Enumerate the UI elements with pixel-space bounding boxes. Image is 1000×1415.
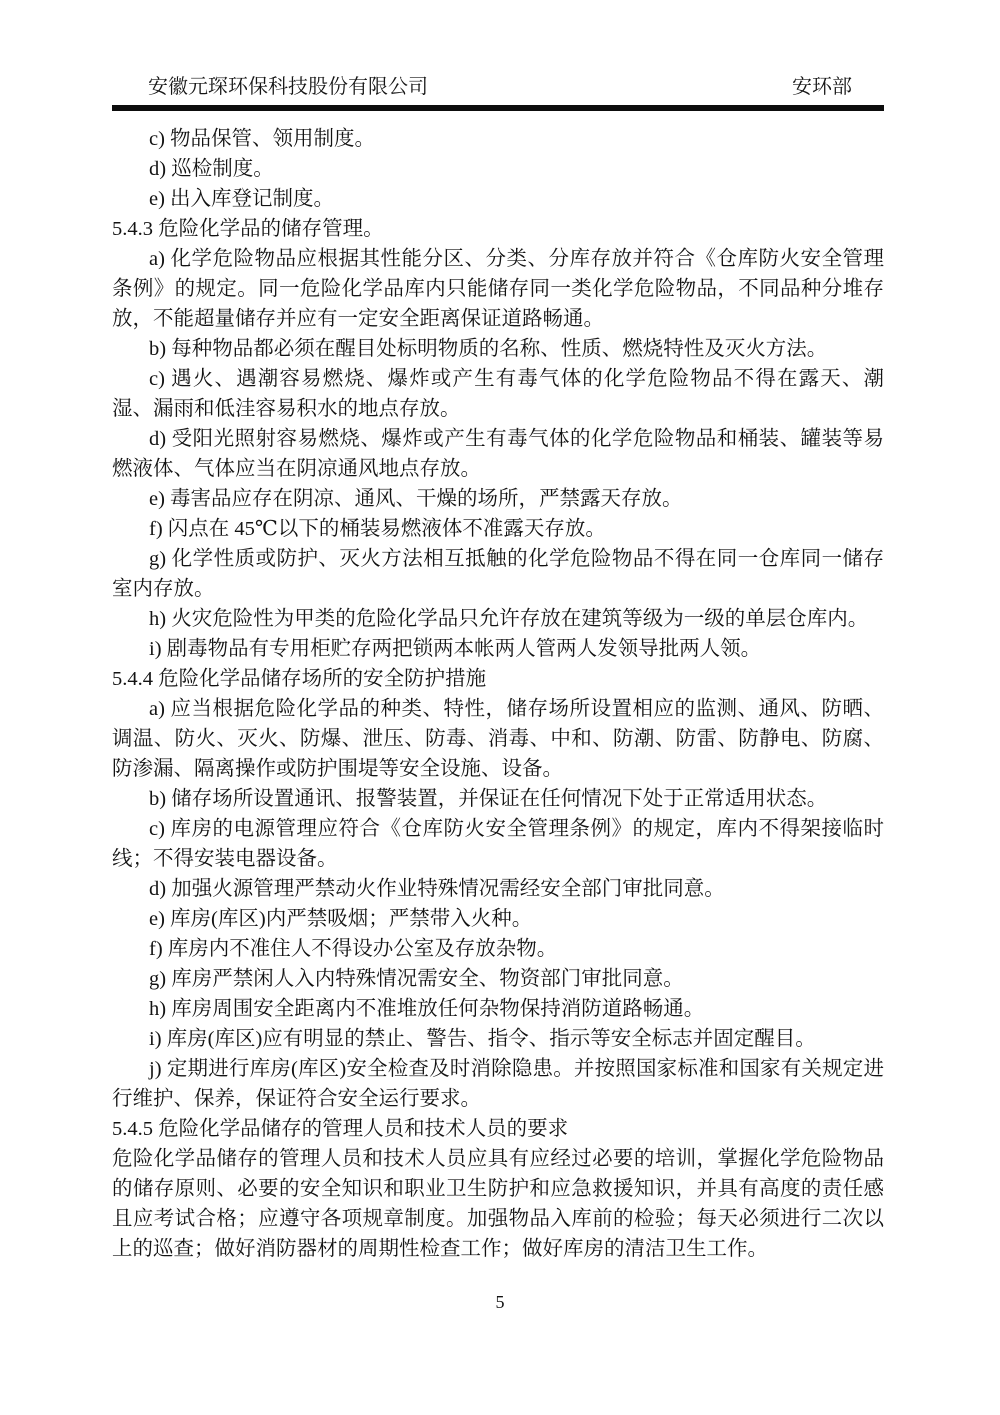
company-name: 安徽元琛环保科技股份有限公司 [148, 74, 428, 100]
list-item-b2: b) 每种物品都必须在醒目处标明物质的名称、性质、燃烧特性及灭火方法。 [112, 334, 884, 364]
section-heading-545: 5.4.5 危险化学品储存的管理人员和技术人员的要求 [112, 1114, 884, 1144]
list-item-g3: g) 库房严禁闲人入内特殊情况需安全、物资部门审批同意。 [112, 964, 884, 994]
list-item-c2: c) 遇火、遇潮容易燃烧、爆炸或产生有毒气体的化学危险物品不得在露天、潮湿、漏雨… [112, 364, 884, 424]
list-item-c1: c) 物品保管、领用制度。 [112, 124, 884, 154]
list-item-e1: e) 出入库登记制度。 [112, 184, 884, 214]
list-item-i2: i) 剧毒物品有专用柜贮存两把锁两本帐两人管两人发领导批两人领。 [112, 634, 884, 664]
section-heading-543: 5.4.3 危险化学品的储存管理。 [112, 214, 884, 244]
header-row: 安徽元琛环保科技股份有限公司 安环部 [112, 74, 884, 100]
list-item-f3: f) 库房内不准住人不得设办公室及存放杂物。 [112, 934, 884, 964]
header-rule-divider [112, 105, 884, 111]
list-item-f2: f) 闪点在 45℃以下的桶装易燃液体不准露天存放。 [112, 514, 884, 544]
list-item-d1: d) 巡检制度。 [112, 154, 884, 184]
list-item-e2: e) 毒害品应存在阴凉、通风、干燥的场所，严禁露天存放。 [112, 484, 884, 514]
list-item-h3: h) 库房周围安全距离内不准堆放任何杂物保持消防道路畅通。 [112, 994, 884, 1024]
page-header: 安徽元琛环保科技股份有限公司 安环部 [112, 74, 884, 111]
document-body: c) 物品保管、领用制度。 d) 巡检制度。 e) 出入库登记制度。 5.4.3… [112, 124, 884, 1264]
document-page: 安徽元琛环保科技股份有限公司 安环部 c) 物品保管、领用制度。 d) 巡检制度… [0, 0, 1000, 1415]
list-item-b3: b) 储存场所设置通讯、报警装置，并保证在任何情况下处于正常适用状态。 [112, 784, 884, 814]
page-footer: 5 [0, 1290, 1000, 1314]
list-item-i3: i) 库房(库区)应有明显的禁止、警告、指令、指示等安全标志并固定醒目。 [112, 1024, 884, 1054]
page-number: 5 [496, 1292, 505, 1312]
section-heading-544: 5.4.4 危险化学品储存场所的安全防护措施 [112, 664, 884, 694]
list-item-a2: a) 化学危险物品应根据其性能分区、分类、分库存放并符合《仓库防火安全管理条例》… [112, 244, 884, 334]
list-item-d2: d) 受阳光照射容易燃烧、爆炸或产生有毒气体的化学危险物品和桶装、罐装等易燃液体… [112, 424, 884, 484]
list-item-c3: c) 库房的电源管理应符合《仓库防火安全管理条例》的规定，库内不得架接临时线；不… [112, 814, 884, 874]
list-item-h2: h) 火灾危险性为甲类的危险化学品只允许存放在建筑等级为一级的单层仓库内。 [112, 604, 884, 634]
list-item-g2: g) 化学性质或防护、灭火方法相互抵触的化学危险物品不得在同一仓库同一储存室内存… [112, 544, 884, 604]
list-item-e3: e) 库房(库区)内严禁吸烟；严禁带入火种。 [112, 904, 884, 934]
list-item-d3: d) 加强火源管理严禁动火作业特殊情况需经安全部门审批同意。 [112, 874, 884, 904]
list-item-a3: a) 应当根据危险化学品的种类、特性，储存场所设置相应的监测、通风、防晒、调温、… [112, 694, 884, 784]
department-name: 安环部 [792, 74, 852, 100]
list-item-j3: j) 定期进行库房(库区)安全检查及时消除隐患。并按照国家标准和国家有关规定进行… [112, 1054, 884, 1114]
body-paragraph-545: 危险化学品储存的管理人员和技术人员应具有应经过必要的培训，掌握化学危险物品的储存… [112, 1144, 884, 1264]
